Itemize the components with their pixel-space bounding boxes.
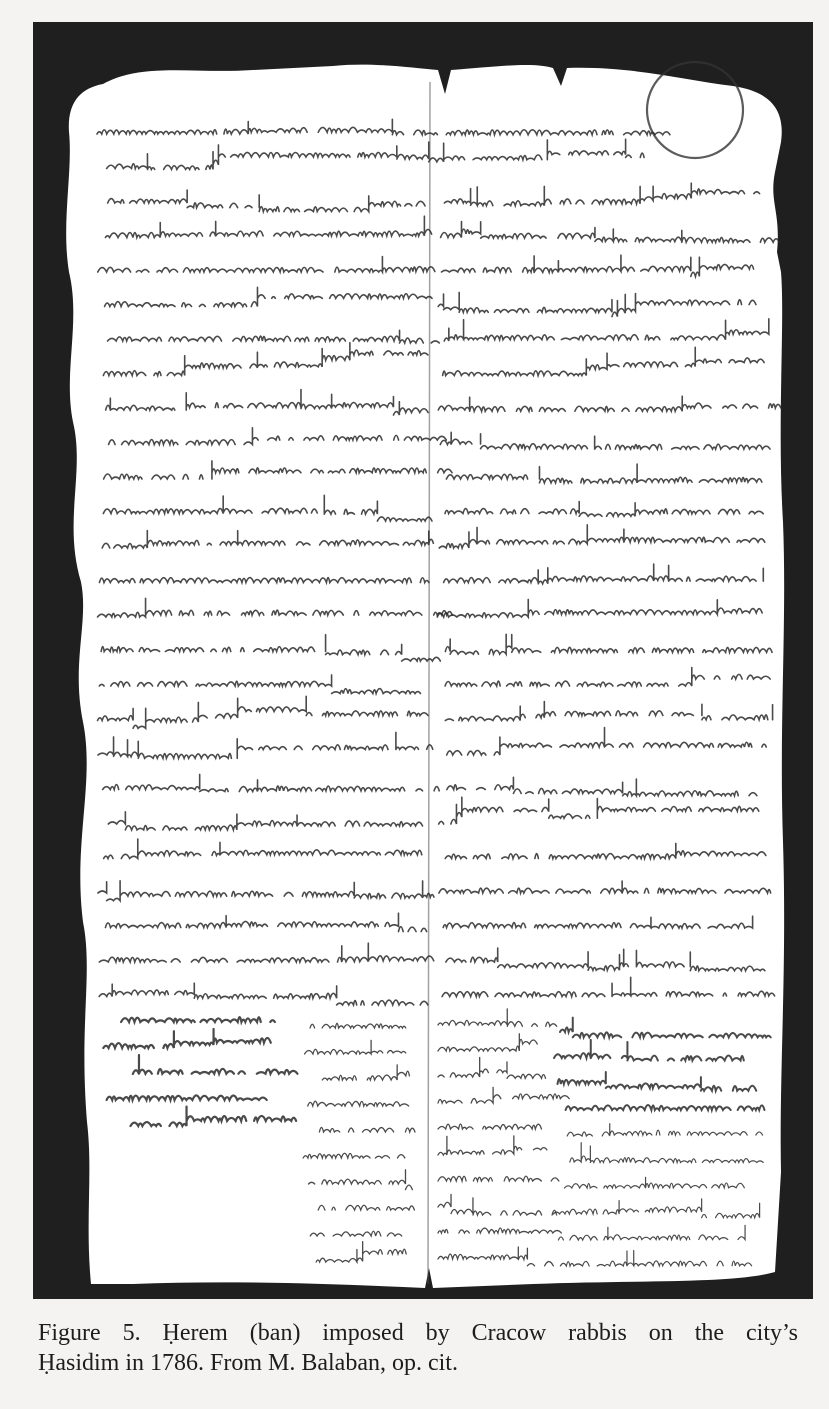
manuscript-figure [33,22,813,1299]
caption-line-2: Ḥasidim in 1786. From M. Balaban, op. ci… [38,1348,798,1378]
parchment-sheet [66,65,784,1288]
figure-caption: Figure 5. Ḥerem (ban) imposed by Cracow … [38,1318,798,1378]
caption-line-1: Figure 5. Ḥerem (ban) imposed by Cracow … [38,1318,798,1348]
manuscript-photograph [33,22,813,1299]
